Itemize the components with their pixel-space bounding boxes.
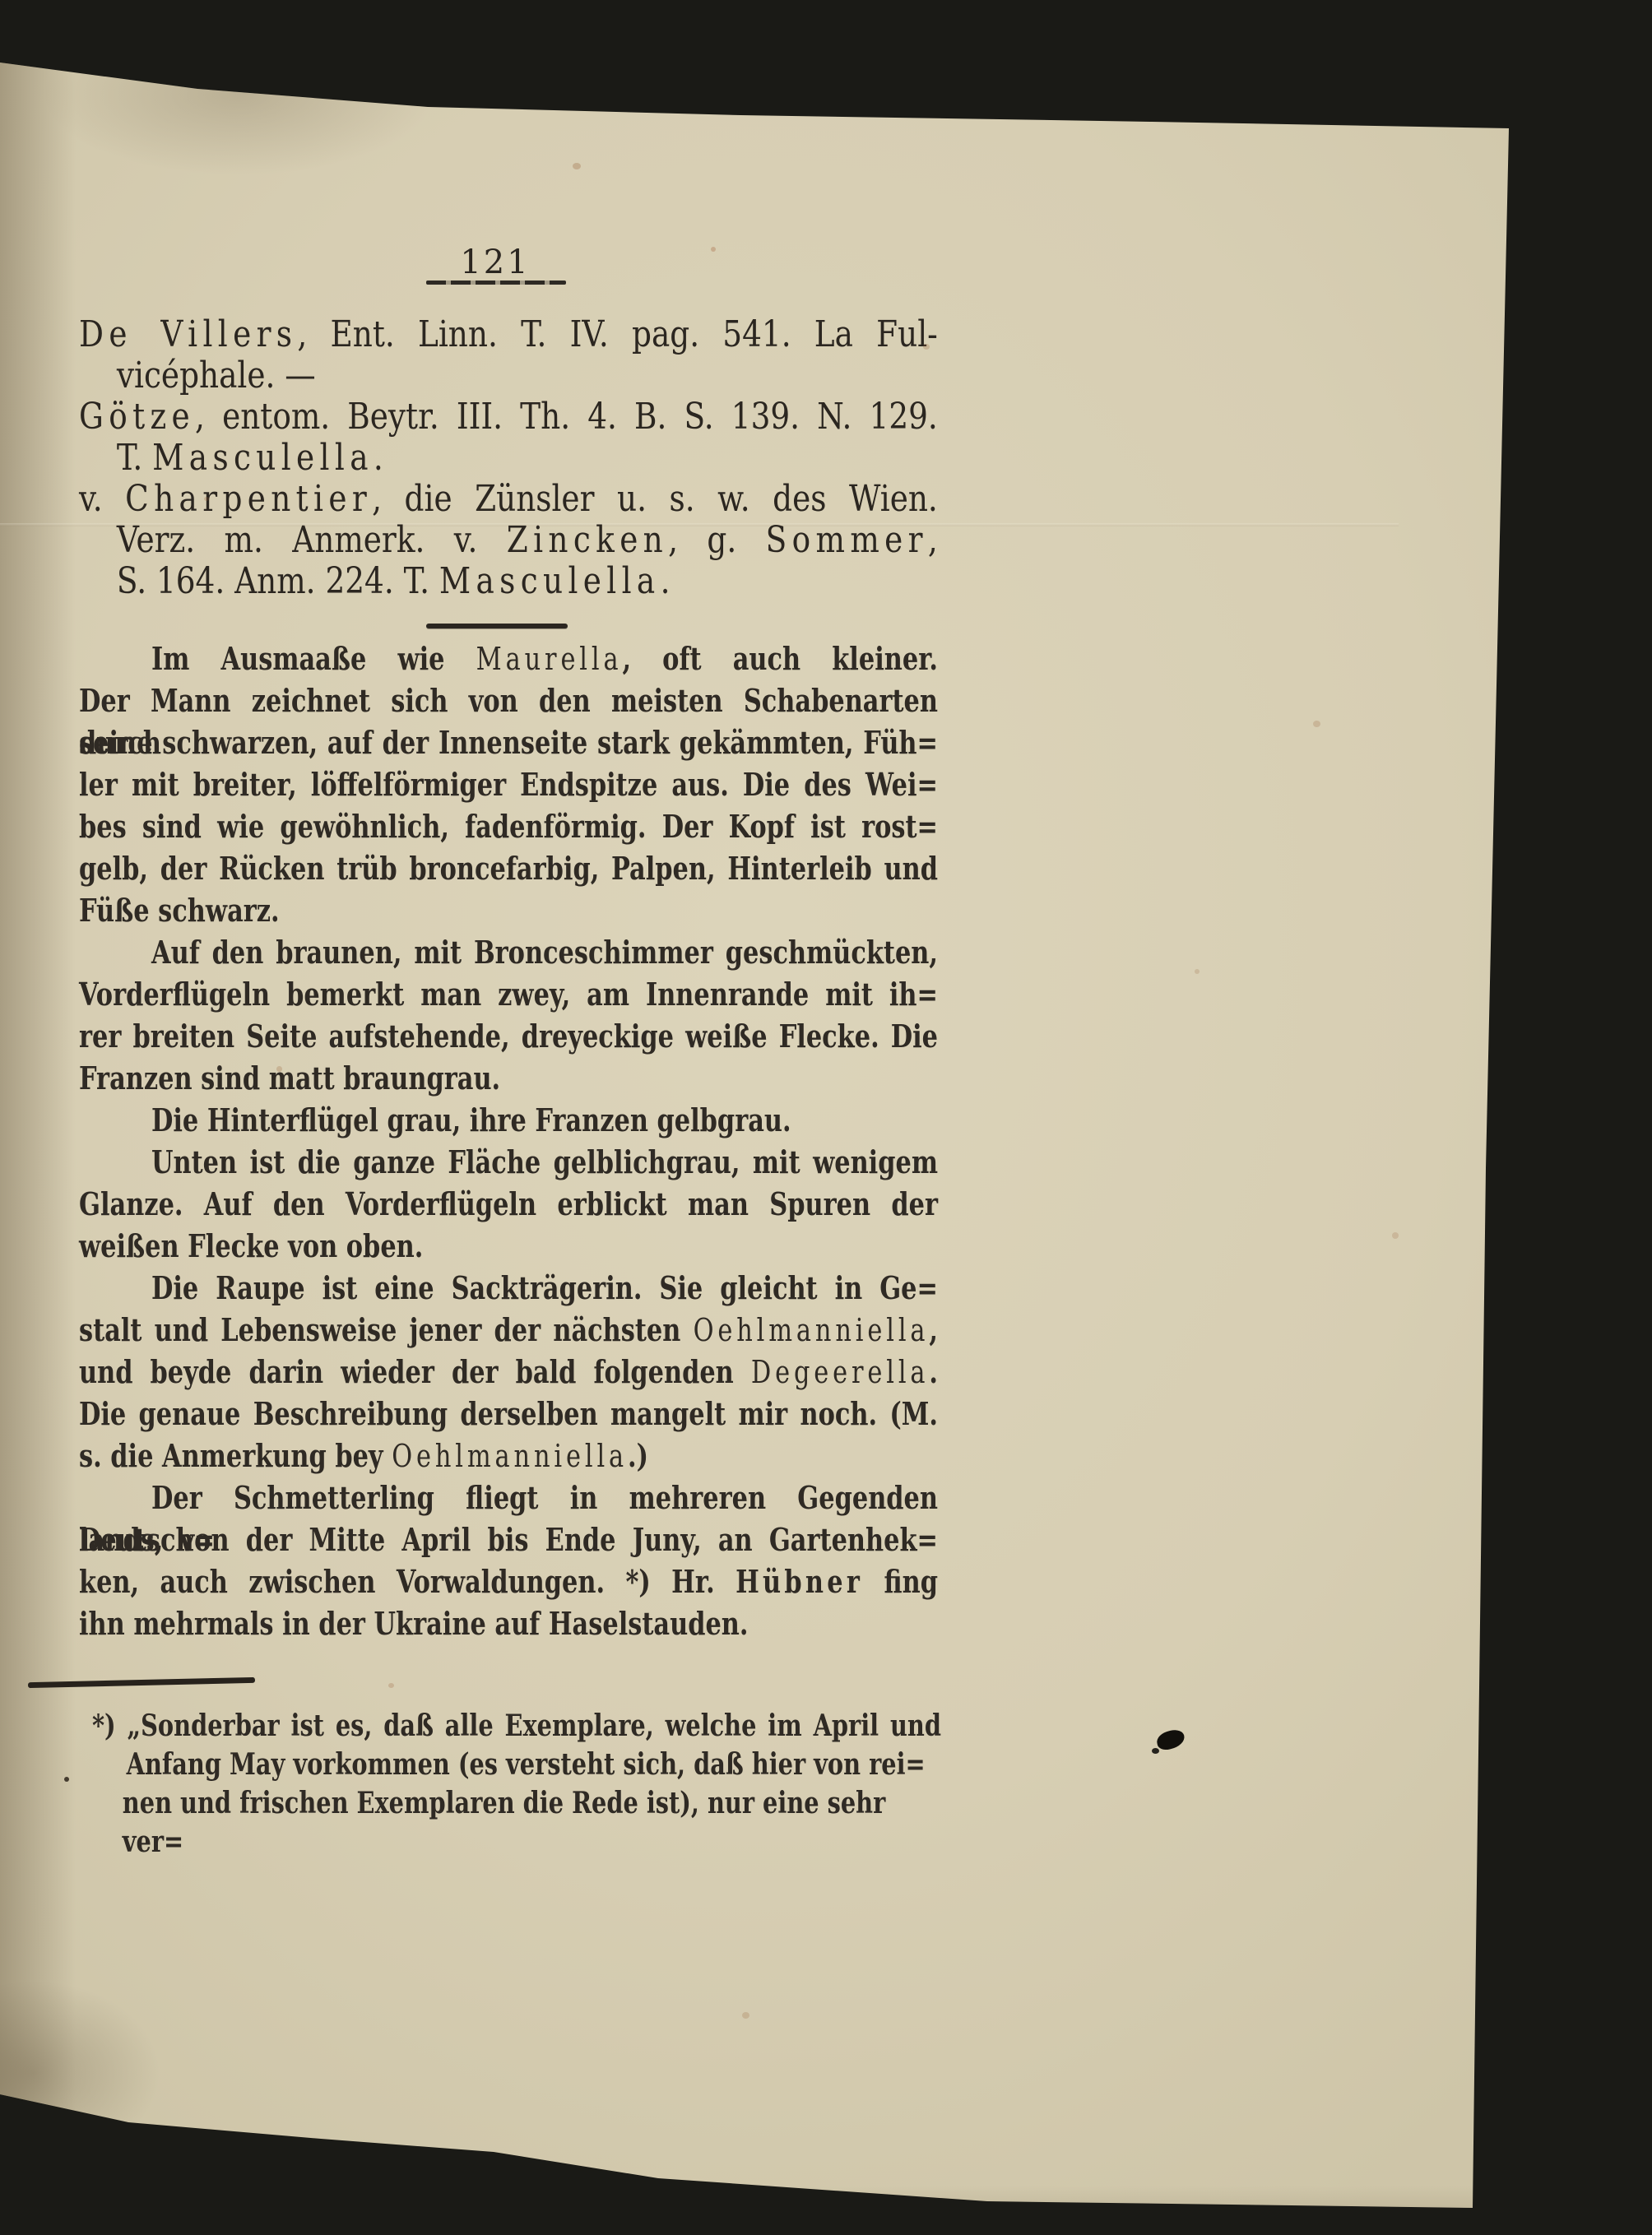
foxing-spot [1313, 721, 1320, 727]
footnote-block: *) „Sonderbar ist es, daß alle Exemplare… [92, 1707, 941, 1823]
citation-block: De Villers, Ent. Linn. T. IV. pag. 541. … [79, 314, 938, 602]
citation-text: T. [117, 437, 152, 479]
body-line: Die genaue Beschreibung derselben mangel… [79, 1393, 938, 1435]
citation-text: v. [79, 478, 125, 520]
body-line: und beyde darin wieder der bald folgende… [79, 1351, 938, 1393]
body-line: stalt und Lebensweise jener der nächsten… [79, 1309, 938, 1351]
body-line: Franzen sind matt braungrau. [79, 1057, 938, 1099]
species-name: Oehlmanniella [694, 1312, 930, 1348]
species-name: Maurella [476, 641, 623, 677]
footnote-line: *) „Sonderbar ist es, daß alle Exemplare… [92, 1707, 941, 1746]
body-line: Der Mann zeichnet sich von den meisten S… [79, 679, 938, 721]
foxing-spot [711, 247, 716, 252]
ink-blot [1152, 1748, 1159, 1754]
body-text: . [929, 1353, 938, 1390]
footnote-line: Anfang May vorkommen (es versteht sich, … [92, 1746, 941, 1784]
foxing-spot [1195, 969, 1200, 974]
foxing-spot [276, 1066, 282, 1072]
citation-text: , Ent. Linn. T. IV. pag. 541. La Ful- [297, 313, 937, 355]
species-name: Oehlmanniella [392, 1438, 628, 1474]
body-text: fing [863, 1563, 938, 1600]
citation-text: . [661, 560, 671, 602]
text-column: 121 De Villers, Ent. Linn. T. IV. pag. 5… [79, 0, 938, 2235]
ink-blot [1155, 1728, 1186, 1752]
body-line: Die Raupe ist eine Sackträgerin. Sie gle… [79, 1267, 938, 1309]
foxing-spot [388, 1683, 394, 1688]
body-line: ler mit breiter, löffelförmiger Endspitz… [79, 763, 938, 805]
footnote-marker: *) [92, 1709, 128, 1743]
citation-line: vicéphale. — [79, 355, 938, 396]
foxing-spot [1392, 1232, 1399, 1239]
body-line: weißen Flecke von oben. [79, 1225, 938, 1267]
person-name: Hübner [736, 1563, 863, 1600]
body-line: gelb, der Rücken trüb broncefarbig, Palp… [79, 847, 938, 889]
author-name: Charpentier [125, 478, 372, 520]
foxing-spot [573, 163, 581, 169]
ink-speck [64, 1777, 69, 1782]
body-text: , [929, 1311, 938, 1348]
citation-text: , entom. Beytr. III. Th. 4. B. S. 139. N… [195, 396, 938, 438]
body-text: , oft auch kleiner. [622, 640, 938, 677]
citation-line: T. Masculella. [79, 438, 938, 479]
foxing-spot [923, 344, 930, 350]
citation-text: , die Zünsler u. s. w. des Wien. [372, 478, 938, 520]
foxing-spot [742, 2012, 749, 2019]
species-name: Masculella [152, 437, 374, 479]
foxing-spot [204, 497, 209, 501]
body-line: Die Hinterflügel grau, ihre Franzen gelb… [79, 1099, 938, 1141]
body-line: Glanze. Auf den Vorderflügeln erblickt m… [79, 1183, 938, 1225]
species-name: Masculella [439, 560, 661, 602]
body-text: ken, auch zwischen Vorwaldungen. *) Hr. [79, 1563, 736, 1600]
author-name: Götze [79, 396, 195, 438]
body-line: ken, auch zwischen Vorwaldungen. *) Hr. … [79, 1560, 938, 1602]
body-line: Füße schwarz. [79, 889, 938, 931]
body-line: Auf den braunen, mit Bronceschimmer gesc… [79, 931, 938, 973]
citation-text: . [374, 437, 383, 479]
footnote-text: „Sonderbar ist es, daß alle Exemplare, w… [128, 1709, 941, 1743]
citation-text: vicéphale. — [117, 355, 316, 396]
body-text: und beyde darin wieder der bald folgende… [79, 1353, 751, 1390]
citation-text: Verz. m. Anmerk. v. [117, 519, 507, 561]
author-name: Sommer [766, 519, 928, 561]
body-text-block: Im Ausmaaße wie Maurella, oft auch klein… [79, 638, 938, 1644]
body-line: Im Ausmaaße wie Maurella, oft auch klein… [79, 638, 938, 679]
body-text: .) [628, 1437, 648, 1474]
author-name: Zincken [507, 519, 668, 561]
page-number-rule [426, 281, 566, 285]
footnote-line: nen und frischen Exemplaren die Rede ist… [92, 1784, 941, 1823]
scanned-book-page: 121 De Villers, Ent. Linn. T. IV. pag. 5… [0, 0, 1652, 2235]
body-line: seine schwarzen, auf der Innenseite star… [79, 721, 938, 763]
body-line: Der Schmetterling fliegt in mehreren Geg… [79, 1477, 938, 1519]
author-name: De Villers [79, 313, 297, 355]
body-line: ihn mehrmals in der Ukraine auf Haselsta… [79, 1602, 938, 1644]
citation-line: De Villers, Ent. Linn. T. IV. pag. 541. … [79, 314, 938, 355]
body-line: s. die Anmerkung bey Oehlmanniella.) [79, 1435, 938, 1477]
citation-text: , [928, 519, 938, 561]
citation-line: S. 164. Anm. 224. T. Masculella. [79, 561, 938, 602]
body-text: s. die Anmerkung bey [79, 1437, 392, 1474]
body-line: rer breiten Seite aufstehende, dreyeckig… [79, 1015, 938, 1057]
body-line: Vorderflügeln bemerkt man zwey, am Innen… [79, 973, 938, 1015]
page-number: 121 [79, 243, 912, 281]
body-line: lands, von der Mitte April bis Ende Juny… [79, 1519, 938, 1560]
species-name: Degeerella [751, 1354, 930, 1390]
body-line: Unten ist die ganze Fläche gelblichgrau,… [79, 1141, 938, 1183]
citation-line: Götze, entom. Beytr. III. Th. 4. B. S. 1… [79, 396, 938, 438]
body-text: stalt und Lebensweise jener der nächsten [79, 1311, 694, 1348]
section-divider-rule [426, 624, 568, 628]
body-line: bes sind wie gewöhnlich, fadenförmig. De… [79, 805, 938, 847]
body-text: Im Ausmaaße wie [151, 640, 476, 677]
citation-line: Verz. m. Anmerk. v. Zincken, g. Sommer, [79, 520, 938, 561]
citation-text: S. 164. Anm. 224. T. [117, 560, 439, 602]
citation-text: , g. [668, 519, 766, 561]
